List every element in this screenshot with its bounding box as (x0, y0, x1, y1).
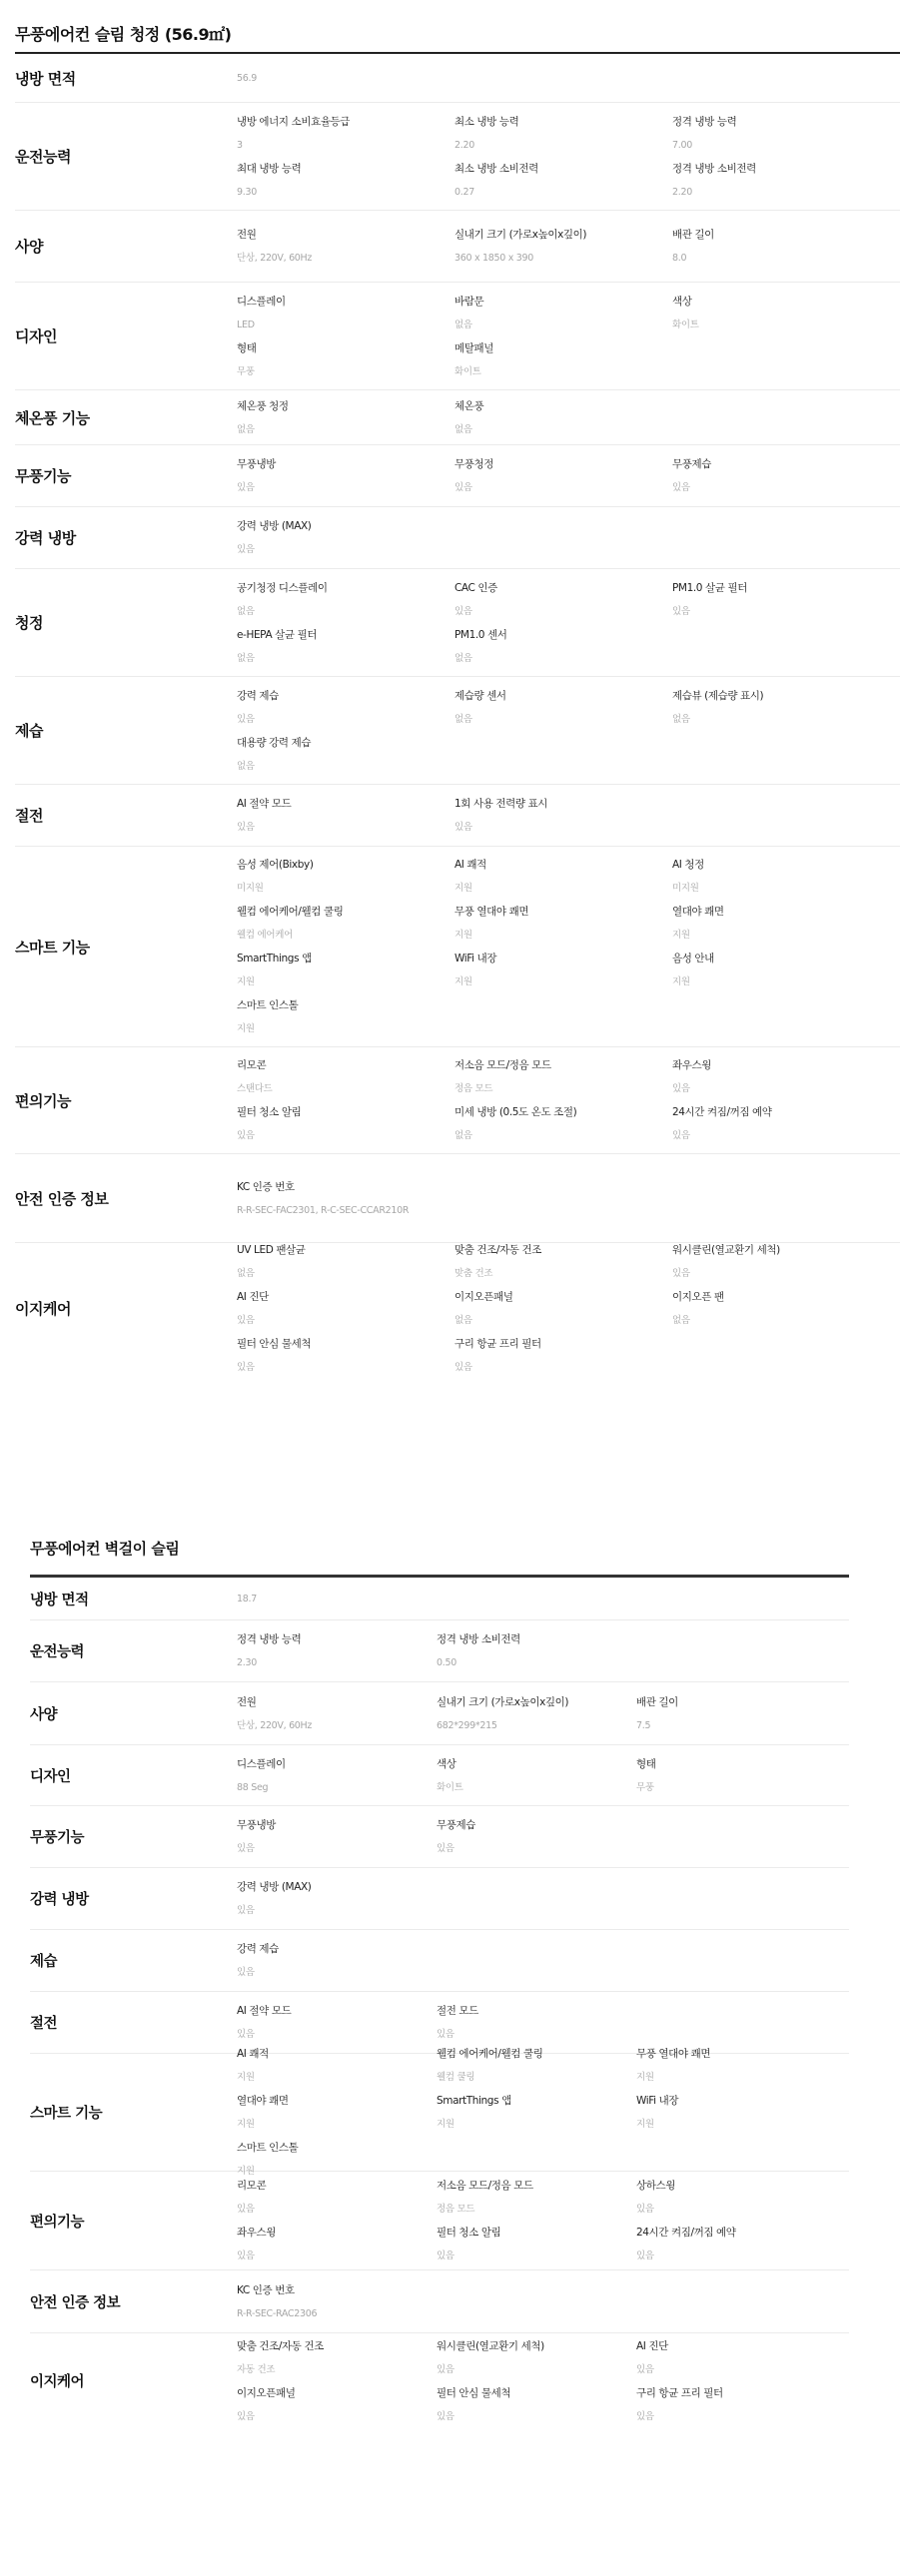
spec-item-value: R-R-SEC-FAC2301, R-C-SEC-CCAR210R (237, 1203, 412, 1219)
spec-item-value: 없음 (454, 1313, 629, 1329)
spec-item-name: 배관 길이 (636, 1694, 836, 1710)
spec-item: 체온풍없음 (454, 394, 672, 441)
row-label: 제습 (30, 1950, 237, 1971)
spec-item-value: 있음 (437, 1841, 611, 1857)
spec-item-value: 있음 (437, 2409, 611, 2425)
spec-row: 디자인디스플레이LED바람문없음색상화이트형태무풍메탈패널화이트 (15, 283, 900, 390)
row-items: 강력 제습있음 (237, 1929, 849, 1992)
spec-item-value: 있음 (672, 1266, 847, 1282)
spec-item-name: 좌우스윙 (672, 1057, 890, 1073)
spec-item-value: 없음 (237, 1266, 412, 1282)
spec-item: AI 진단있음 (237, 1285, 454, 1332)
spec-item: 저소음 모드/정음 모드정음 모드 (437, 2174, 636, 2221)
spec-item: UV LED 팬살균없음 (237, 1238, 454, 1285)
spec-item-name: 이지오픈패널 (454, 1289, 672, 1305)
spec-row: 무풍기능무풍냉방있음무풍제습있음 (30, 1806, 849, 1868)
spec-item-value: 7.00 (672, 138, 847, 154)
spec-item: 필터 안심 물세척있음 (437, 2381, 636, 2428)
row-items: 강력 제습있음제습량 센서없음제습뷰 (제습량 표시)없음대용량 강력 제습없음 (237, 676, 900, 786)
spec-item: CAC 인증있음 (454, 576, 672, 623)
spec-item-value: 화이트 (454, 364, 629, 380)
spec-item-name: 배관 길이 (672, 227, 890, 243)
spec-item-value: 무풍 (636, 1780, 811, 1796)
spec-row: 사양전원단상, 220V, 60Hz실내기 크기 (가로x높이x깊이)682*2… (30, 1682, 849, 1745)
row-label: 체온풍 기능 (15, 407, 237, 428)
spec-item-name: 정격 냉방 소비전력 (672, 161, 890, 177)
spec-row: 청정공기청정 디스플레이없음CAC 인증있음PM1.0 살균 필터있음e-HEP… (15, 569, 900, 677)
spec-item-value: 없음 (237, 759, 412, 775)
row-label: 운전능력 (15, 146, 237, 167)
spec-item: 디스플레이88 Seg (237, 1752, 437, 1799)
spec-item-name: PM1.0 살균 필터 (672, 580, 890, 596)
row-value: 56.9 (237, 73, 257, 84)
spec-item-value: 웰컴 에어케어 (237, 928, 412, 944)
row-items: 강력 냉방 (MAX)있음 (237, 1867, 849, 1930)
spec-item-name: 정격 냉방 능력 (237, 1631, 437, 1647)
spec-item-name: 열대야 쾌면 (237, 2093, 437, 2109)
spec-row: 편의기능리모콘있음저소음 모드/정음 모드정음 모드상하스윙있음좌우스윙있음필터… (30, 2172, 849, 2270)
spec-item-name: 이지오픈 팬 (672, 1289, 890, 1305)
spec-item: 상하스윙있음 (636, 2174, 836, 2221)
spec-item-value: 있음 (237, 712, 412, 728)
spec-item: 이지오픈 팬없음 (672, 1285, 890, 1332)
spec-item-value: 있음 (237, 1903, 412, 1919)
spec-item-name: 정격 냉방 소비전력 (437, 1631, 636, 1647)
row-items: 전원단상, 220V, 60Hz실내기 크기 (가로x높이x깊이)360 x 1… (237, 215, 900, 278)
spec-item-name: 냉방 에너지 소비효율등급 (237, 114, 454, 130)
spec-item: 강력 냉방 (MAX)있음 (237, 1875, 437, 1922)
spec-item-name: 강력 냉방 (MAX) (237, 1879, 437, 1895)
row-items: 음성 제어(Bixby)미지원AI 쾌적지원AI 청정미지원웰컴 에어케어/웰컴… (237, 845, 900, 1048)
spec-item: 구리 항균 프리 필터있음 (454, 1332, 672, 1379)
spec-row: 냉방 면적56.9 (15, 54, 900, 103)
spec-item-value: 360 x 1850 x 390 (454, 251, 629, 267)
row-items: 56.9 (237, 65, 900, 92)
spec-item-value: 정음 모드 (437, 2202, 611, 2218)
spec-item-value: 있음 (237, 1965, 412, 1981)
spec-item-value: 2.20 (454, 138, 629, 154)
spec-item-value: 8.0 (672, 251, 847, 267)
spec-item: SmartThings 앱지원 (437, 2089, 636, 2136)
spec-item-value: 없음 (454, 422, 629, 438)
spec-item: 열대야 쾌면지원 (237, 2089, 437, 2136)
spec-item-name: 이지오픈패널 (237, 2385, 437, 2401)
section-title: 무풍에어컨 벽걸이 슬림 (30, 1498, 849, 1578)
spec-item-value: 지원 (636, 2070, 811, 2086)
spec-item-name: 미세 냉방 (0.5도 온도 조절) (454, 1104, 672, 1120)
spec-item-value: LED (237, 318, 412, 333)
spec-item: 색상화이트 (672, 290, 890, 336)
spec-item: 실내기 크기 (가로x높이x깊이)682*299*215 (437, 1690, 636, 1737)
spec-item: 워시클린(열교환기 세척)있음 (672, 1238, 890, 1285)
row-items: 디스플레이LED바람문없음색상화이트형태무풍메탈패널화이트 (237, 282, 900, 391)
row-label: 냉방 면적 (30, 1589, 237, 1610)
spec-item-name: AI 절약 모드 (237, 2003, 437, 2019)
spec-row: 체온풍 기능체온풍 청정없음체온풍없음 (15, 390, 900, 445)
spec-item-name: 무풍제습 (437, 1817, 636, 1833)
spec-item-name: 색상 (672, 294, 890, 310)
spec-item-name: AI 청정 (672, 857, 890, 873)
row-items: 정격 냉방 능력2.30정격 냉방 소비전력0.50 (237, 1619, 849, 1682)
spec-item-value: 없음 (454, 1128, 629, 1144)
spec-item: 냉방 에너지 소비효율등급3 (237, 110, 454, 157)
row-label: 냉방 면적 (15, 68, 237, 89)
spec-item-value: 단상, 220V, 60Hz (237, 1718, 412, 1734)
row-label: 편의기능 (30, 2211, 237, 2232)
spec-item: 강력 제습있음 (237, 1937, 437, 1984)
spec-item-name: 웰컴 에어케어/웰컴 쿨링 (237, 904, 454, 920)
spec-item-name: 스마트 인스톨 (237, 997, 454, 1013)
spec-row: 스마트 기능음성 제어(Bixby)미지원AI 쾌적지원AI 청정미지원웰컴 에… (15, 847, 900, 1047)
spec-item: 공기청정 디스플레이없음 (237, 576, 454, 623)
spec-item-name: 최소 냉방 소비전력 (454, 161, 672, 177)
spec-item: 무풍냉방있음 (237, 452, 454, 499)
spec-row: 이지케어맞춤 건조/자동 건조자동 건조워시클린(열교환기 세척)있음AI 진단… (30, 2333, 849, 2428)
spec-item-name: 실내기 크기 (가로x높이x깊이) (454, 227, 672, 243)
spec-row: 절전AI 절약 모드있음1회 사용 전력량 표시있음 (15, 785, 900, 847)
spec-item: 전원단상, 220V, 60Hz (237, 1690, 437, 1737)
spec-item-name: 24시간 켜짐/꺼짐 예약 (672, 1104, 890, 1120)
spec-row: 안전 인증 정보KC 인증 번호R-R-SEC-RAC2306 (30, 2270, 849, 2333)
spec-item-value: 무풍 (237, 364, 412, 380)
row-items: 리모콘스탠다드저소음 모드/정음 모드정음 모드좌우스윙있음필터 청소 알림있음… (237, 1045, 900, 1155)
spec-item-name: UV LED 팬살균 (237, 1242, 454, 1258)
spec-item-name: 공기청정 디스플레이 (237, 580, 454, 596)
spec-item-value: 자동 건조 (237, 2362, 412, 2378)
spec-item: 정격 냉방 소비전력2.20 (672, 157, 890, 204)
spec-item-value: 화이트 (672, 318, 847, 333)
spec-item: 열대야 쾌면지원 (672, 900, 890, 947)
spec-item-value: 2.30 (237, 1655, 412, 1671)
spec-item-name: 필터 청소 알림 (437, 2225, 636, 2241)
row-label: 안전 인증 정보 (15, 1188, 237, 1209)
spec-item-name: 맞춤 건조/자동 건조 (237, 2338, 437, 2354)
spec-item: SmartThings 앱지원 (237, 947, 454, 993)
spec-item: 정격 냉방 능력2.30 (237, 1627, 437, 1674)
spec-item: 필터 청소 알림있음 (437, 2221, 636, 2267)
spec-item: 무풍제습있음 (672, 452, 890, 499)
spec-item-name: 제습량 센서 (454, 688, 672, 704)
spec-item-value: 있음 (437, 2249, 611, 2264)
spec-item-value: 있음 (237, 1841, 412, 1857)
spec-item-name: 무풍냉방 (237, 1817, 437, 1833)
spec-item-name: KC 인증 번호 (237, 2282, 437, 2298)
spec-item: 미세 냉방 (0.5도 온도 조절)없음 (454, 1100, 672, 1147)
spec-item-name: WiFi 내장 (454, 951, 672, 966)
spec-item-name: SmartThings 앱 (437, 2093, 636, 2109)
spec-section-wall-slim: 무풍에어컨 벽걸이 슬림냉방 면적18.7운전능력정격 냉방 능력2.30정격 … (30, 1498, 849, 2428)
spec-item-name: SmartThings 앱 (237, 951, 454, 966)
spec-item-name: 저소음 모드/정음 모드 (454, 1057, 672, 1073)
spec-item-name: 무풍냉방 (237, 456, 454, 472)
spec-item: AI 절약 모드있음 (237, 792, 454, 839)
spec-item-value: 지원 (454, 881, 629, 897)
spec-item: 저소음 모드/정음 모드정음 모드 (454, 1053, 672, 1100)
spec-item-value: 있음 (672, 1081, 847, 1097)
spec-item: 최대 냉방 능력9.30 (237, 157, 454, 204)
spec-item-name: 저소음 모드/정음 모드 (437, 2178, 636, 2194)
spec-item: 형태무풍 (636, 1752, 836, 1799)
spec-item: 1회 사용 전력량 표시있음 (454, 792, 672, 839)
spec-row: 사양전원단상, 220V, 60Hz실내기 크기 (가로x높이x깊이)360 x… (15, 211, 900, 283)
spec-item-value: 있음 (237, 542, 412, 558)
spec-item-value: 0.27 (454, 185, 629, 201)
spec-item-value: 있음 (237, 820, 412, 836)
row-label: 운전능력 (30, 1640, 237, 1661)
spec-item-value: 지원 (237, 974, 412, 990)
spec-item-name: AI 진단 (237, 1289, 454, 1305)
spec-item-value: 있음 (672, 480, 847, 496)
spec-item: 강력 제습있음 (237, 684, 454, 731)
spec-item-value: 있음 (237, 2202, 412, 2218)
row-items: 맞춤 건조/자동 건조자동 건조워시클린(열교환기 세척)있음AI 진단있음이지… (237, 2326, 849, 2436)
row-label: 이지케어 (15, 1298, 237, 1319)
spec-item-name: 구리 항균 프리 필터 (454, 1336, 672, 1352)
spec-item-value: 있음 (237, 2409, 412, 2425)
spec-item: 리모콘있음 (237, 2174, 437, 2221)
spec-item: 무풍제습있음 (437, 1813, 636, 1860)
row-label: 강력 냉방 (15, 527, 237, 548)
spec-item: AI 청정미지원 (672, 853, 890, 900)
spec-item-value: 2.20 (672, 185, 847, 201)
spec-item: 이지오픈패널있음 (237, 2381, 437, 2428)
spec-item-name: AI 절약 모드 (237, 796, 454, 812)
spec-item: AI 쾌적지원 (454, 853, 672, 900)
spec-item-value: 정음 모드 (454, 1081, 629, 1097)
section-title: 무풍에어컨 슬림 청정 (56.9㎡) (15, 0, 900, 54)
spec-item-name: CAC 인증 (454, 580, 672, 596)
spec-item-name: 워시클린(열교환기 세척) (672, 1242, 890, 1258)
row-label: 스마트 기능 (15, 937, 237, 958)
spec-row: 강력 냉방강력 냉방 (MAX)있음 (30, 1868, 849, 1930)
spec-item: 이지오픈패널없음 (454, 1285, 672, 1332)
spec-item: 리모콘스탠다드 (237, 1053, 454, 1100)
row-label: 디자인 (30, 1765, 237, 1786)
spec-section-slim-purifier: 무풍에어컨 슬림 청정 (56.9㎡)냉방 면적56.9운전능력냉방 에너지 소… (15, 0, 900, 1373)
spec-item-value: 단상, 220V, 60Hz (237, 251, 412, 267)
spec-item-name: 24시간 켜짐/꺼짐 예약 (636, 2225, 836, 2241)
spec-item-value: 있음 (237, 2249, 412, 2264)
spec-item-value: 있음 (237, 1128, 412, 1144)
spec-item-name: 무풍 열대야 쾌면 (454, 904, 672, 920)
spec-item-name: AI 쾌적 (237, 2046, 437, 2062)
spec-row: 운전능력정격 냉방 능력2.30정격 냉방 소비전력0.50 (30, 1620, 849, 1682)
spec-item-name: 스마트 인스톨 (237, 2140, 437, 2156)
row-label: 절전 (15, 805, 237, 826)
spec-item: AI 쾌적지원 (237, 2042, 437, 2089)
spec-item-name: 리모콘 (237, 1057, 454, 1073)
row-label: 사양 (30, 1703, 237, 1724)
spec-item-value: 0.50 (437, 1655, 611, 1671)
spec-item: 디스플레이LED (237, 290, 454, 336)
spec-item-value: 없음 (454, 712, 629, 728)
spec-item: 웰컴 에어케어/웰컴 쿨링웰컴 에어케어 (237, 900, 454, 947)
spec-item-value: 있음 (237, 1313, 412, 1329)
spec-row: 디자인디스플레이88 Seg색상화이트형태무풍 (30, 1745, 849, 1806)
spec-item: 음성 제어(Bixby)미지원 (237, 853, 454, 900)
spec-item-name: 무풍제습 (672, 456, 890, 472)
spec-item-name: 전원 (237, 227, 454, 243)
spec-item-value: 있음 (636, 2249, 811, 2264)
spec-item: 최소 냉방 능력2.20 (454, 110, 672, 157)
row-label: 제습 (15, 720, 237, 741)
row-label: 무풍기능 (15, 465, 237, 486)
spec-item-name: 체온풍 (454, 398, 672, 414)
spec-item-name: 디스플레이 (237, 294, 454, 310)
spec-item: 정격 냉방 소비전력0.50 (437, 1627, 636, 1674)
spec-item: 맞춤 건조/자동 건조맞춤 건조 (454, 1238, 672, 1285)
spec-item-value: 7.5 (636, 1718, 811, 1734)
row-label: 편의기능 (15, 1090, 237, 1111)
spec-item: 24시간 켜짐/꺼짐 예약있음 (672, 1100, 890, 1147)
spec-item-value: 스탠다드 (237, 1081, 412, 1097)
row-items: 무풍냉방있음무풍청정있음무풍제습있음 (237, 444, 900, 507)
spec-row: 이지케어UV LED 팬살균없음맞춤 건조/자동 건조맞춤 건조워시클린(열교환… (15, 1243, 900, 1373)
spec-item: 좌우스윙있음 (237, 2221, 437, 2267)
row-label: 사양 (15, 236, 237, 257)
spec-item-name: 메탈패널 (454, 340, 672, 356)
spec-row: 제습강력 제습있음제습량 센서없음제습뷰 (제습량 표시)없음대용량 강력 제습… (15, 677, 900, 785)
spec-item-name: 바람문 (454, 294, 672, 310)
spec-item-value: 88 Seg (237, 1780, 412, 1796)
spec-item: 정격 냉방 능력7.00 (672, 110, 890, 157)
spec-item: 제습량 센서없음 (454, 684, 672, 731)
spec-item-value: 있음 (636, 2202, 811, 2218)
spec-item: WiFi 내장지원 (454, 947, 672, 993)
spec-row: 운전능력냉방 에너지 소비효율등급3최소 냉방 능력2.20정격 냉방 능력7.… (15, 103, 900, 211)
spec-item-name: 실내기 크기 (가로x높이x깊이) (437, 1694, 636, 1710)
spec-item-name: 형태 (636, 1756, 836, 1772)
spec-item: 24시간 켜짐/꺼짐 예약있음 (636, 2221, 836, 2267)
spec-item-name: 색상 (437, 1756, 636, 1772)
spec-item: 실내기 크기 (가로x높이x깊이)360 x 1850 x 390 (454, 223, 672, 270)
spec-item-value: 웰컴 쿨링 (437, 2070, 611, 2086)
spec-item: KC 인증 번호R-R-SEC-FAC2301, R-C-SEC-CCAR210… (237, 1175, 454, 1222)
spec-item-value: 있음 (454, 480, 629, 496)
spec-item-name: 디스플레이 (237, 1756, 437, 1772)
spec-item-name: 강력 제습 (237, 688, 454, 704)
row-label: 절전 (30, 2012, 237, 2033)
spec-item: 메탈패널화이트 (454, 336, 672, 383)
spec-item-value: 있음 (237, 1360, 412, 1376)
spec-item-value: 지원 (237, 2117, 412, 2133)
spec-item-name: 리모콘 (237, 2178, 437, 2194)
spec-item: 무풍 열대야 쾌면지원 (454, 900, 672, 947)
spec-item: 형태무풍 (237, 336, 454, 383)
spec-row: 제습강력 제습있음 (30, 1930, 849, 1992)
spec-item-value: 지원 (672, 974, 847, 990)
row-label: 강력 냉방 (30, 1888, 237, 1909)
row-items: 강력 냉방 (MAX)있음 (237, 506, 900, 569)
spec-row: 강력 냉방강력 냉방 (MAX)있음 (15, 507, 900, 569)
spec-item: PM1.0 센서없음 (454, 623, 672, 670)
row-items: 체온풍 청정없음체온풍없음 (237, 386, 900, 449)
row-label: 디자인 (15, 325, 237, 346)
spec-item: 배관 길이8.0 (672, 223, 890, 270)
row-label: 안전 인증 정보 (30, 2291, 237, 2312)
spec-item-value: 지원 (454, 974, 629, 990)
row-items: 디스플레이88 Seg색상화이트형태무풍 (237, 1744, 849, 1807)
spec-item-value: 미지원 (237, 881, 412, 897)
spec-item: 체온풍 청정없음 (237, 394, 454, 441)
spec-item-name: 체온풍 청정 (237, 398, 454, 414)
spec-item-value: R-R-SEC-RAC2306 (237, 2306, 412, 2322)
spec-item-name: 열대야 쾌면 (672, 904, 890, 920)
spec-item-value: 맞춤 건조 (454, 1266, 629, 1282)
spec-item-name: 필터 청소 알림 (237, 1104, 454, 1120)
spec-row: 냉방 면적18.7 (30, 1578, 849, 1620)
row-items: 냉방 에너지 소비효율등급3최소 냉방 능력2.20정격 냉방 능력7.00최대… (237, 102, 900, 212)
spec-item: e-HEPA 살균 필터없음 (237, 623, 454, 670)
spec-item: AI 진단있음 (636, 2334, 836, 2381)
row-items: KC 인증 번호R-R-SEC-RAC2306 (237, 2270, 849, 2333)
spec-item-name: 정격 냉방 능력 (672, 114, 890, 130)
spec-item-value: 있음 (237, 480, 412, 496)
spec-item-value: 없음 (237, 651, 412, 667)
spec-row: 스마트 기능AI 쾌적지원웰컴 에어케어/웰컴 쿨링웰컴 쿨링무풍 열대야 쾌면… (30, 2054, 849, 2172)
spec-item-value: 화이트 (437, 1780, 611, 1796)
spec-item-name: WiFi 내장 (636, 2093, 836, 2109)
spec-item-name: 무풍청정 (454, 456, 672, 472)
spec-item: 바람문없음 (454, 290, 672, 336)
spec-item-name: e-HEPA 살균 필터 (237, 627, 454, 643)
spec-item: WiFi 내장지원 (636, 2089, 836, 2136)
spec-item: 무풍청정있음 (454, 452, 672, 499)
spec-item-name: AI 진단 (636, 2338, 836, 2354)
spec-item-value: 있음 (636, 2409, 811, 2425)
row-label: 무풍기능 (30, 1826, 237, 1847)
row-items: 무풍냉방있음무풍제습있음 (237, 1805, 849, 1868)
spec-item-name: 구리 항균 프리 필터 (636, 2385, 836, 2401)
spec-item-value: 지원 (237, 1021, 412, 1037)
spec-item-value: 있음 (672, 1128, 847, 1144)
spec-item: 무풍 열대야 쾌면지원 (636, 2042, 836, 2089)
spec-item: 스마트 인스톨지원 (237, 993, 454, 1040)
spec-item-name: 상하스윙 (636, 2178, 836, 2194)
spec-item-value: 있음 (437, 2362, 611, 2378)
spec-item: 무풍냉방있음 (237, 1813, 437, 1860)
spec-item: 배관 길이7.5 (636, 1690, 836, 1737)
spec-item-value: 지원 (672, 928, 847, 944)
spec-item-value: 없음 (672, 1313, 847, 1329)
spec-item-name: 최소 냉방 능력 (454, 114, 672, 130)
row-items: UV LED 팬살균없음맞춤 건조/자동 건조맞춤 건조워시클린(열교환기 세척… (237, 1230, 900, 1387)
spec-item-value: 지원 (437, 2117, 611, 2133)
spec-item-name: 무풍 열대야 쾌면 (636, 2046, 836, 2062)
spec-item-name: 강력 냉방 (MAX) (237, 518, 454, 534)
spec-item-value: 682*299*215 (437, 1718, 611, 1734)
spec-item: 대용량 강력 제습없음 (237, 731, 454, 778)
row-label: 스마트 기능 (30, 2102, 237, 2123)
spec-item-value: 없음 (454, 318, 629, 333)
spec-item-value: 없음 (672, 712, 847, 728)
spec-item-name: 최대 냉방 능력 (237, 161, 454, 177)
spec-item-value: 있음 (636, 2362, 811, 2378)
spec-item-value: 있음 (672, 604, 847, 620)
spec-item-name: 형태 (237, 340, 454, 356)
spec-item: 구리 항균 프리 필터있음 (636, 2381, 836, 2428)
spec-item-name: 제습뷰 (제습량 표시) (672, 688, 890, 704)
row-items: 리모콘있음저소음 모드/정음 모드정음 모드상하스윙있음좌우스윙있음필터 청소 … (237, 2166, 849, 2275)
spec-item: 음성 안내지원 (672, 947, 890, 993)
spec-item-value: 지원 (454, 928, 629, 944)
spec-item-value: 있음 (454, 604, 629, 620)
spec-item-name: 맞춤 건조/자동 건조 (454, 1242, 672, 1258)
spec-row: 무풍기능무풍냉방있음무풍청정있음무풍제습있음 (15, 445, 900, 507)
spec-item: PM1.0 살균 필터있음 (672, 576, 890, 623)
spec-item: 강력 냉방 (MAX)있음 (237, 514, 454, 561)
spec-item-name: AI 쾌적 (454, 857, 672, 873)
